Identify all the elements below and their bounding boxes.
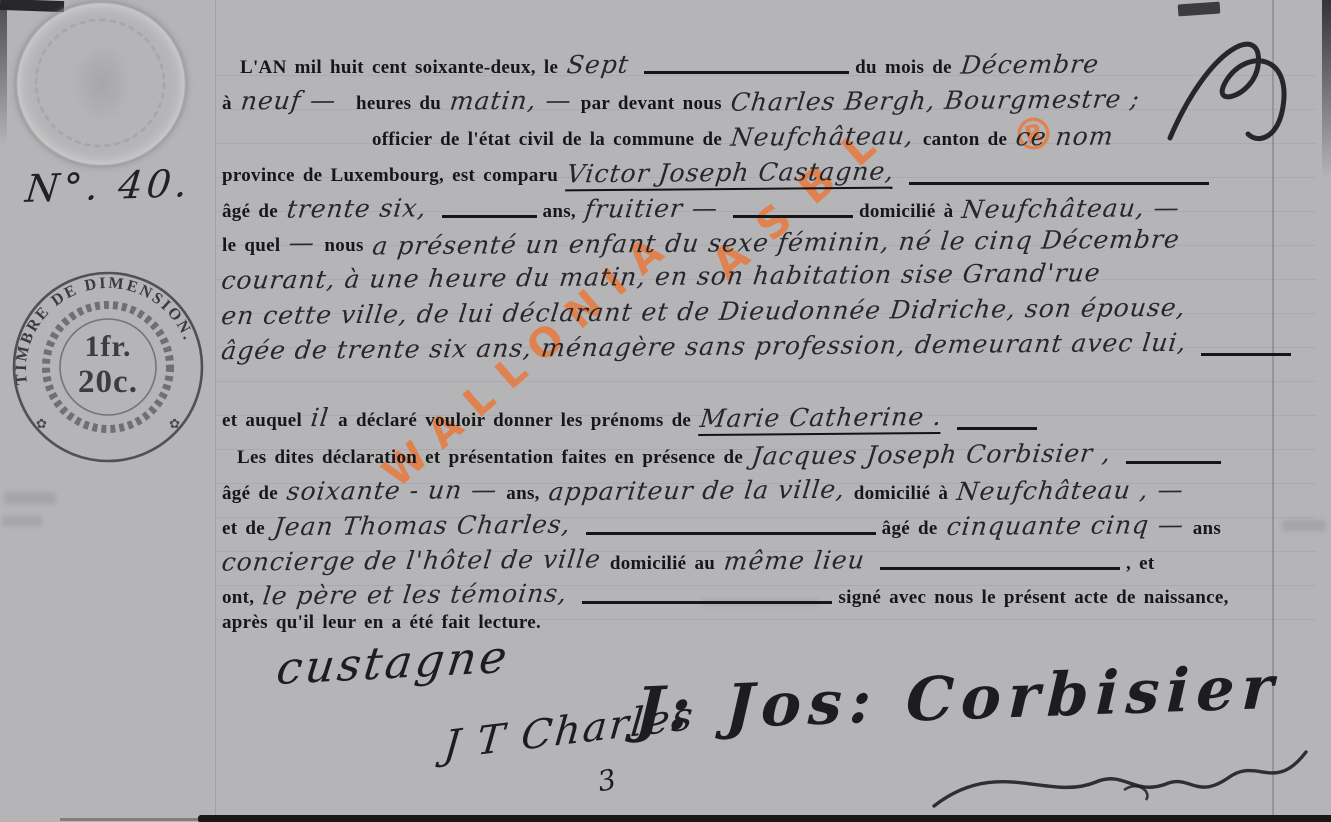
handwritten-witness1-residence: Neufchâteau , — [955,475,1185,506]
act-number: N°. 40. [23,161,193,211]
printed-text: signé avec nous le présent acte de naiss… [838,587,1228,609]
scan-edge-bottom [198,815,1331,822]
fill-line [880,567,1120,570]
bleed-through-mark [1282,520,1326,531]
fill-line [1201,353,1291,356]
printed-text: nous [324,235,363,257]
form-line-11: Les dites déclaration et présentation fa… [237,440,1227,469]
form-line-8: en cette ville, de lui déclarant et de D… [222,297,1194,326]
printed-text: province de Luxembourg, est comparu [222,165,558,187]
form-line-7: courant, à une heure du matin, en son ha… [222,262,1109,291]
handwritten-commune: Neufchâteau, [729,121,915,152]
stamp-value-francs: 1fr. [6,330,210,364]
fiscal-stamp: TIMBRE DE DIMENSION. 1fr. 20c. ✿ ✿ [6,268,210,466]
fill-line [442,215,537,218]
printed-text: , et [1126,553,1154,575]
printed-text: et de [222,518,265,540]
printed-text: âgé de [222,201,278,223]
printed-text: âgé de [222,483,278,505]
embossed-seal [14,0,188,168]
handwritten-child-name: Marie Catherine . [698,402,944,436]
fill-line [644,71,849,74]
handwritten-witness2-profession: concierge de l'hôtel de ville [220,544,603,576]
stamp-rosette-icon: ✿ [36,416,47,432]
form-line-15: ont, le père et les témoins, signé avec … [222,580,1229,609]
handwritten-witness1-age: soixante - un — [285,475,499,506]
fill-line [957,427,1037,430]
printed-text: ans [1193,518,1221,540]
printed-text: officier de l'état civil de la commune d… [372,129,722,151]
fill-line [582,601,832,604]
handwritten-day: Sept [566,50,631,80]
scan-edge-right [1322,0,1331,180]
form-line-4: province de Luxembourg, est comparu Vict… [222,158,1215,190]
handwritten-mother-age: âgée de trente six ans, ménagère sans pr… [220,328,1188,365]
handwritten-hour: neuf — [239,86,338,116]
printed-text: canton de [923,129,1007,151]
form-line-14: concierge de l'hôtel de ville domicilié … [222,546,1154,575]
printed-text: L'AN mil huit cent soixante-deux, le [240,57,558,79]
printed-text: domicilié à [859,201,953,223]
fill-line [1126,461,1221,464]
handwritten-officer-name: Charles Bergh, Bourgmestre ; [729,84,1141,117]
printed-text: ans, [543,201,576,223]
printed-text: le quel [222,235,280,257]
bleed-through-mark [2,516,42,526]
bleed-through-mark [4,492,56,504]
handwritten-residence: Neufchâteau, — [961,193,1182,224]
handwritten-profession: fruitier — [583,193,719,223]
fill-line [909,182,1209,185]
printed-text: domicilié à [854,483,948,505]
printed-text: ont, [222,587,254,609]
scan-edge-bottom-faint [60,818,200,821]
fill-line [733,215,853,218]
form-line-10: et auquel il a déclaré vouloir donner le… [222,403,1043,435]
printed-text: Les dites déclaration et présentation fa… [237,447,743,469]
fill-line [586,532,876,535]
handwritten-dash: — [288,228,317,257]
form-line-13: et de Jean Thomas Charles, âgé de cinqua… [222,511,1221,540]
handwritten-witness2-residence: même lieu [722,545,866,575]
handwritten-witness1-profession: appariteur de la ville, [547,475,847,507]
handwritten-witness1-name: Jacques Joseph Corbisier , [750,438,1113,470]
scan-corner-mark [0,6,7,146]
printed-text: à [222,93,232,115]
printed-text: ans, [506,483,539,505]
printed-text: a déclaré vouloir donner les prénoms de [338,410,691,432]
stamp-rosette-icon: ✿ [169,416,180,432]
form-line-1: L'AN mil huit cent soixante-deux, le Sep… [240,50,1108,79]
handwritten-mother-details: en cette ville, de lui déclarant et de D… [220,293,1188,330]
margin-rule-line [215,0,216,822]
form-line-2: à neuf — heures du matin, — par devant n… [222,86,1149,115]
handwritten-witness2-name: Jean Thomas Charles, [272,510,572,542]
printed-text: du mois de [855,57,952,79]
printed-text: domicilié au [610,553,715,575]
stamp-value-centimes: 20c. [6,364,210,401]
handwritten-birth-details: courant, à une heure du matin, en son ha… [220,258,1102,295]
handwritten-month: Décembre [959,49,1101,79]
handwritten-time-of-day: matin, — [448,85,573,115]
printed-text: âgé de [882,518,938,540]
handwritten-canton: ce nom [1015,122,1116,152]
form-line-9: âgée de trente six ans, ménagère sans pr… [222,332,1297,361]
handwritten-presentation-text: a présenté un enfant du sexe féminin, né… [371,224,1182,260]
form-line-12: âgé de soixante - un — ans, appariteur d… [222,476,1193,505]
handwritten-witness2-age: cinquante cinq — [945,510,1186,541]
printed-text: et auquel [222,410,302,432]
form-line-3: officier de l'état civil de la commune d… [372,122,1123,151]
form-line-6: le quel — nous a présenté un enfant du s… [222,228,1188,257]
embossed-seal-lion-relief [73,43,131,123]
printed-text: par devant nous [581,93,722,115]
handwritten-age: trente six, [285,193,428,223]
printed-text: heures du [356,93,441,115]
handwritten-signatories: le père et les témoins, [262,579,570,611]
handwritten-declarant-name: Victor Joseph Castagne, [565,157,896,192]
handwritten-pronoun: il [309,403,330,432]
form-line-5: âgé de trente six, ans, fruitier — domic… [222,194,1189,223]
